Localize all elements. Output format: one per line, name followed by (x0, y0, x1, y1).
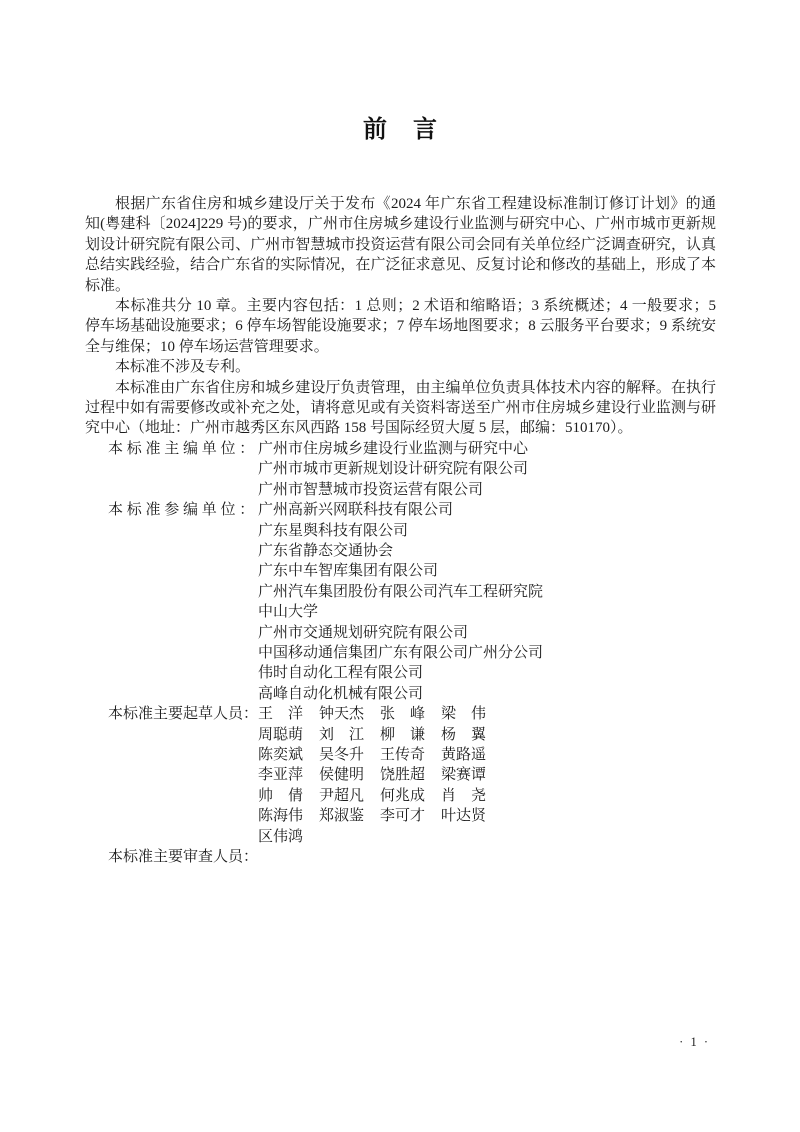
drafter-name: 陈奕斌 (258, 745, 304, 765)
document-content: 前 言 根据广东省住房和城乡建设厅关于发布《2024 年广东省工程建设标准制订修… (85, 116, 716, 867)
participating-unit: 高峰自动化机械有限公司 (258, 684, 716, 704)
drafter-name: 柳 谦 (380, 725, 426, 745)
participating-unit: 中山大学 (258, 602, 716, 622)
drafter-name: 吴冬升 (319, 745, 365, 765)
chief-editor-unit: 广州市智慧城市投资运营有限公司 (258, 480, 716, 500)
participating-unit: 广东星舆科技有限公司 (258, 521, 716, 541)
drafter-name: 侯健明 (319, 765, 365, 785)
drafter-name: 杨 翼 (441, 725, 487, 745)
reviewers-section: 本标准主要审查人员： (85, 847, 716, 867)
drafter-row: 陈海伟 郑淑鉴 李可才 叶达贤 (258, 806, 716, 826)
drafter-name: 王传奇 (380, 745, 426, 765)
drafter-name: 周聪萌 (258, 725, 304, 745)
drafters-label: 本标准主要起草人员： (85, 704, 258, 724)
drafters-section: 本标准主要起草人员： 王 洋 钟天杰 张 峰 梁 伟 周聪萌 刘 江 柳 谦 杨… (85, 704, 716, 847)
drafter-name: 梁赛谭 (441, 765, 487, 785)
drafter-name: 郑淑鉴 (319, 806, 365, 826)
drafter-name: 王 洋 (258, 704, 304, 724)
chief-editor-unit: 广州市住房城乡建设行业监测与研究中心 (258, 439, 716, 459)
participating-unit: 广州汽车集团股份有限公司汽车工程研究院 (258, 582, 716, 602)
participating-unit: 伟时自动化工程有限公司 (258, 663, 716, 683)
participating-unit: 广州市交通规划研究院有限公司 (258, 623, 716, 643)
participating-label: 本 标 准 参 编 单 位 ： (85, 500, 258, 520)
reviewers-label: 本标准主要审查人员： (85, 847, 258, 867)
participating-section: 本 标 准 参 编 单 位 ： 广州高新兴网联科技有限公司 广东星舆科技有限公司… (85, 500, 716, 704)
drafter-row: 区伟鸿 (258, 827, 716, 847)
drafter-row: 帅 倩 尹超凡 何兆成 肖 尧 (258, 786, 716, 806)
drafter-name: 帅 倩 (258, 786, 304, 806)
drafter-name: 区伟鸿 (258, 827, 304, 847)
paragraph-basis: 根据广东省住房和城乡建设厅关于发布《2024 年广东省工程建设标准制订修订计划》… (85, 194, 716, 296)
drafter-name: 叶达贤 (441, 806, 487, 826)
drafter-row: 王 洋 钟天杰 张 峰 梁 伟 (258, 704, 716, 724)
drafter-name: 陈海伟 (258, 806, 304, 826)
drafter-row: 李亚萍 侯健明 饶胜超 梁赛谭 (258, 765, 716, 785)
drafter-name: 张 峰 (380, 704, 426, 724)
chief-editor-unit: 广州市城市更新规划设计研究院有限公司 (258, 459, 716, 479)
participating-unit: 广东中车智库集团有限公司 (258, 561, 716, 581)
chief-editor-label: 本 标 准 主 编 单 位 ： (85, 439, 258, 459)
drafters-names: 王 洋 钟天杰 张 峰 梁 伟 周聪萌 刘 江 柳 谦 杨 翼 陈奕斌 吴冬升 … (258, 704, 716, 847)
page-title: 前 言 (85, 116, 716, 144)
drafter-name: 何兆成 (380, 786, 426, 806)
drafter-name: 李可才 (380, 806, 426, 826)
drafter-name: 肖 尧 (441, 786, 487, 806)
drafter-name: 钟天杰 (319, 704, 365, 724)
drafter-row: 陈奕斌 吴冬升 王传奇 黄路遥 (258, 745, 716, 765)
drafter-name: 黄路遥 (441, 745, 487, 765)
paragraph-patent: 本标准不涉及专利。 (85, 357, 716, 377)
participating-unit: 中国移动通信集团广东有限公司广州分公司 (258, 643, 716, 663)
chief-editor-units: 广州市住房城乡建设行业监测与研究中心 广州市城市更新规划设计研究院有限公司 广州… (258, 439, 716, 500)
document-page: 前 言 根据广东省住房和城乡建设厅关于发布《2024 年广东省工程建设标准制订修… (0, 0, 800, 1132)
participating-unit: 广东省静态交通协会 (258, 541, 716, 561)
drafter-name: 刘 江 (319, 725, 365, 745)
drafter-name: 饶胜超 (380, 765, 426, 785)
participating-units: 广州高新兴网联科技有限公司 广东星舆科技有限公司 广东省静态交通协会 广东中车智… (258, 500, 716, 704)
drafter-name: 梁 伟 (441, 704, 487, 724)
chief-editor-section: 本 标 准 主 编 单 位 ： 广州市住房城乡建设行业监测与研究中心 广州市城市… (85, 439, 716, 500)
drafter-name: 李亚萍 (258, 765, 304, 785)
page-number: · 1 · (679, 1035, 710, 1050)
participating-unit: 广州高新兴网联科技有限公司 (258, 500, 716, 520)
drafter-name: 尹超凡 (319, 786, 365, 806)
drafter-row: 周聪萌 刘 江 柳 谦 杨 翼 (258, 725, 716, 745)
paragraph-management: 本标准由广东省住房和城乡建设厅负责管理，由主编单位负责具体技术内容的解释。在执行… (85, 378, 716, 439)
paragraph-contents: 本标准共分 10 章。主要内容包括：1 总则；2 术语和缩略语；3 系统概述；4… (85, 296, 716, 357)
